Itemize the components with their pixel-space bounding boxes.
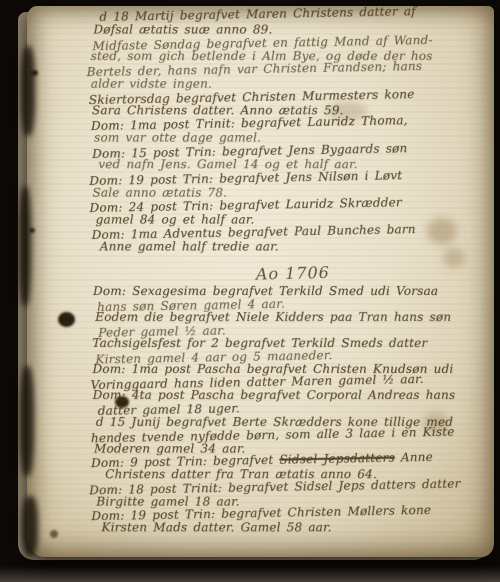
manuscript-line: d 18 Martij begrafvet Maren Christens da… (99, 5, 416, 24)
manuscript-line: Sale anno ætatis 78. (92, 187, 227, 200)
manuscript-photo: d 18 Martij begrafvet Maren Christens da… (0, 0, 500, 582)
handwritten-text: d 18 Martij begrafvet Maren Christens da… (0, 0, 500, 582)
manuscript-line: Dom: 4ta post Pascha begrafvet Corporal … (93, 389, 456, 402)
manuscript-line: Eodem die begrafvet Niele Kidders paa Tr… (95, 311, 451, 324)
manuscript-line: Kirsten Mads datter. Gamel 58 aar. (101, 521, 331, 534)
manuscript-line-segment: Anne (395, 450, 433, 465)
manuscript-line: Tachsigelsfest for 2 begrafvet Terkild S… (92, 337, 427, 350)
manuscript-line: Døfsal ætatis suæ anno 89. (93, 23, 272, 36)
manuscript-line: Anne gamel half tredie aar. (100, 240, 279, 253)
manuscript-line: Dom: Sexagesima begrafvet Terkild Smed u… (93, 285, 438, 298)
year-heading: Ao 1706 (256, 265, 330, 283)
manuscript-line: alder vidste ingen. (91, 78, 212, 91)
manuscript-line: som var otte dage gamel. (94, 131, 261, 144)
struck-text: Sidsel Jepsdatters (279, 450, 395, 466)
